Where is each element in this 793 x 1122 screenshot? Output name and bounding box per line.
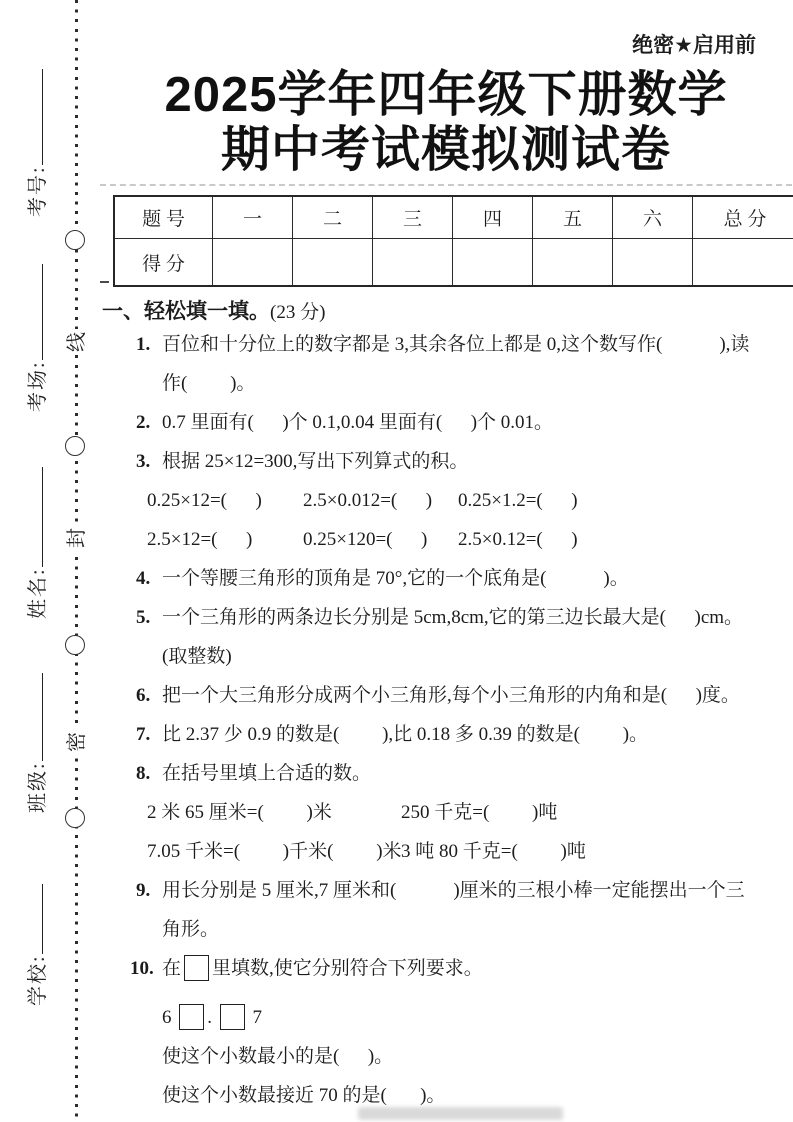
question-4: 4. 一个等腰三角形的顶角是 70°,它的一个底角是( )。: [100, 559, 792, 598]
answer-box: [184, 955, 209, 981]
equation: 0.25×1.2=( ): [458, 481, 578, 520]
paper-title-line1: 2025学年四年级下册数学: [100, 68, 792, 123]
write-line: [42, 264, 43, 360]
question-5-number: 5.: [136, 598, 150, 637]
question-10-subline-1: 使这个小数最小的是( )。: [100, 1037, 792, 1076]
score-table-col-6: 六: [613, 196, 693, 239]
score-table-corner: 题 号: [114, 196, 213, 239]
field-exam-room-label: 考场:: [21, 360, 50, 412]
decimal-point: .: [207, 1007, 217, 1028]
question-3-text: 根据 25×12=300,写出下列算式的积。: [162, 451, 468, 472]
question-7-text: 比 2.37 少 0.9 的数是( ),比 0.18 多 0.39 的数是( )…: [162, 724, 648, 745]
question-3: 3. 根据 25×12=300,写出下列算式的积。: [100, 442, 792, 481]
conversion: 7.05 千米=( )千米( )米: [147, 832, 401, 871]
field-exam-room: 考场:: [22, 244, 48, 412]
score-cell: [373, 239, 453, 287]
score-cell: [533, 239, 613, 287]
score-table-col-3: 三: [373, 196, 453, 239]
write-line: [42, 884, 43, 954]
question-9-continued: 角形。: [100, 910, 792, 949]
answer-box: [220, 1004, 245, 1030]
equation: 2.5×12=( ): [147, 520, 303, 559]
question-2-text: 0.7 里面有( )个 0.1,0.04 里面有( )个 0.01。: [162, 412, 553, 433]
question-9-text-line2: 角形。: [162, 919, 219, 940]
question-9: 9. 用长分别是 5 厘米,7 厘米和( )厘米的三根小棒一定能摆出一个三: [100, 871, 792, 910]
seal-dotted-line: [75, 0, 78, 1122]
question-10-subline-1-text: 使这个小数最小的是( )。: [162, 1046, 393, 1067]
write-line: [42, 673, 43, 761]
paper-body: 绝密★启用前 2025学年四年级下册数学 期中考试模拟测试卷 题 号 一 二 三…: [100, 0, 792, 1115]
question-3-number: 3.: [136, 442, 150, 481]
question-2-number: 2.: [136, 403, 150, 442]
question-8-conversions-row2: 7.05 千米=( )千米( )米 3 吨 80 千克=( )吨: [100, 832, 792, 871]
question-10-text-after: 里填数,使它分别符合下列要求。: [212, 958, 483, 979]
score-table-header-row: 题 号 一 二 三 四 五 六 总 分: [114, 196, 793, 239]
question-1-number: 1.: [136, 325, 150, 364]
paper-title-line2: 期中考试模拟测试卷: [100, 123, 792, 178]
write-line: [42, 467, 43, 567]
score-table: 题 号 一 二 三 四 五 六 总 分 得 分: [113, 195, 793, 287]
field-class-label: 班级:: [21, 761, 50, 813]
question-6-number: 6.: [136, 676, 150, 715]
question-1-text-line1: 百位和十分位上的数字都是 3,其余各位上都是 0,这个数写作( ),读: [162, 334, 749, 355]
paper-title: 2025学年四年级下册数学 期中考试模拟测试卷: [100, 68, 792, 178]
seal-char-xian: 线: [64, 329, 90, 355]
equation: 2.5×0.012=( ): [303, 481, 458, 520]
score-cell: [613, 239, 693, 287]
equation: 2.5×0.12=( ): [458, 520, 578, 559]
question-6-text: 把一个大三角形分成两个小三角形,每个小三角形的内角和是( )度。: [162, 685, 740, 706]
question-1-continued: 作( )。: [100, 364, 792, 403]
question-10-subline-2: 使这个小数最接近 70 的是( )。: [100, 1076, 792, 1115]
security-classification: 绝密★启用前: [100, 34, 792, 58]
score-table-col-1: 一: [213, 196, 293, 239]
score-table-score-row: 得 分: [114, 239, 793, 287]
question-4-text: 一个等腰三角形的顶角是 70°,它的一个底角是( )。: [162, 568, 629, 589]
digit-6: 6: [162, 1007, 176, 1028]
question-3-equations-row2: 2.5×12=( ) 0.25×120=( ) 2.5×0.12=( ): [100, 520, 792, 559]
section-1-points: (23 分): [270, 302, 325, 323]
score-table-col-4: 四: [453, 196, 533, 239]
question-1: 1. 百位和十分位上的数字都是 3,其余各位上都是 0,这个数写作( ),读: [100, 325, 792, 364]
score-cell: [693, 239, 793, 287]
question-3-equations-row1: 0.25×12=( ) 2.5×0.012=( ) 0.25×1.2=( ): [100, 481, 792, 520]
question-8-number: 8.: [136, 754, 150, 793]
question-8: 8. 在括号里填上合适的数。: [100, 754, 792, 793]
question-8-conversions-row1: 2 米 65 厘米=( )米 250 千克=( )吨: [100, 793, 792, 832]
digit-7: 7: [248, 1007, 262, 1028]
seal-circle: [65, 808, 85, 828]
score-table-col-2: 二: [293, 196, 373, 239]
seal-char-mi: 密: [64, 729, 90, 755]
question-10-number: 10.: [130, 949, 154, 988]
conversion: 250 千克=( )吨: [401, 793, 557, 832]
question-2: 2. 0.7 里面有( )个 0.1,0.04 里面有( )个 0.01。: [100, 403, 792, 442]
score-row-label: 得 分: [114, 239, 213, 287]
question-7-number: 7.: [136, 715, 150, 754]
field-class: 班级:: [22, 653, 48, 813]
section-1-heading: 一、轻松填一填。(23 分): [102, 299, 792, 325]
field-name-label: 姓名:: [21, 567, 50, 619]
question-5-text-line1: 一个三角形的两条边长分别是 5cm,8cm,它的第三边长最大是( )cm。: [162, 607, 743, 628]
seal-circle: [65, 230, 85, 250]
question-6: 6. 把一个大三角形分成两个小三角形,每个小三角形的内角和是( )度。: [100, 676, 792, 715]
question-4-number: 4.: [136, 559, 150, 598]
question-8-text: 在括号里填上合适的数。: [162, 763, 371, 784]
question-10: 10. 在里填数,使它分别符合下列要求。: [100, 949, 792, 988]
question-5: 5. 一个三角形的两条边长分别是 5cm,8cm,它的第三边长最大是( )cm。: [100, 598, 792, 637]
question-7: 7. 比 2.37 少 0.9 的数是( ),比 0.18 多 0.39 的数是…: [100, 715, 792, 754]
question-5-text-line2: (取整数): [162, 646, 232, 667]
score-cell: [213, 239, 293, 287]
question-1-text-line2: 作( )。: [162, 373, 255, 394]
equation: 0.25×120=( ): [303, 520, 458, 559]
field-school-label: 学校:: [21, 954, 50, 1006]
question-9-number: 9.: [136, 871, 150, 910]
seal-char-feng: 封: [64, 525, 90, 551]
equation: 0.25×12=( ): [147, 481, 303, 520]
question-10-text-before: 在: [162, 958, 181, 979]
score-cell: [293, 239, 373, 287]
seal-circle: [65, 436, 85, 456]
answer-box: [179, 1004, 204, 1030]
seal-circle: [65, 635, 85, 655]
write-line: [42, 69, 43, 165]
question-10-digit-line: 6 . 7: [100, 998, 792, 1037]
faint-divider: [100, 184, 792, 186]
score-table-col-total: 总 分: [693, 196, 793, 239]
score-table-col-5: 五: [533, 196, 613, 239]
field-exam-number: 考号:: [22, 47, 48, 217]
exam-sheet: { "page": { "security_label": "绝密★启用前", …: [0, 0, 793, 1122]
field-name: 姓名:: [22, 447, 48, 619]
score-cell: [453, 239, 533, 287]
field-school: 学校:: [22, 866, 48, 1006]
question-9-text-line1: 用长分别是 5 厘米,7 厘米和( )厘米的三根小棒一定能摆出一个三: [162, 880, 745, 901]
section-1-title: 一、轻松填一填。: [102, 300, 270, 323]
field-exam-number-label: 考号:: [21, 165, 50, 217]
question-5-continued: (取整数): [100, 637, 792, 676]
question-10-subline-2-text: 使这个小数最接近 70 的是( )。: [162, 1085, 445, 1106]
conversion: 3 吨 80 千克=( )吨: [401, 832, 586, 871]
conversion: 2 米 65 厘米=( )米: [147, 793, 401, 832]
